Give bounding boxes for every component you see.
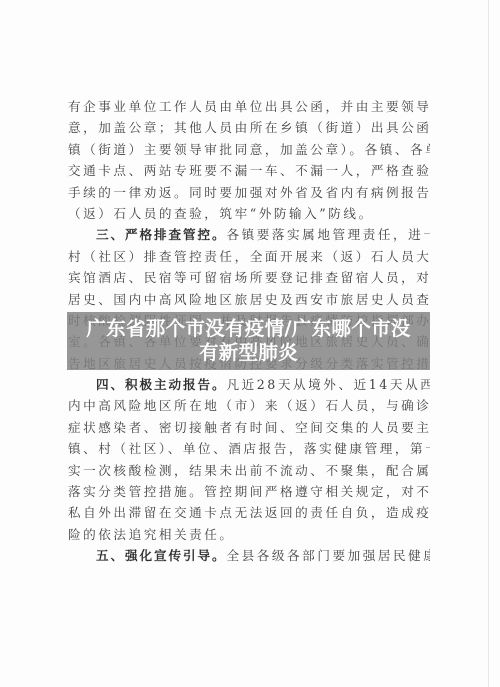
section-5-line: 五、强化宣传引导。全县各级各部门要加强居民健康教育宣 — [68, 545, 430, 566]
page-edge-divider — [488, 0, 489, 687]
paragraph-line: （返）石人员的查验，筑牢“外防输入”防线。 — [68, 203, 430, 224]
paragraph-line: 交通卡点、两站专班要不漏一车、不漏一人，严格查验，无审批 — [68, 160, 430, 181]
paragraph-line: 宾馆酒店、民宿等可留宿场所要登记排查留宿人员，对有外省旅 — [68, 267, 430, 288]
paragraph-line: 村（社区）排查管控责任，全面开展来（返）石人员大排查。各 — [68, 246, 430, 267]
section-4-heading: 四、积极主动报告。 — [96, 377, 226, 392]
section-5-text: 全县各级各部门要加强居民健康教育宣 — [226, 548, 430, 563]
paragraph-line: 私自外出滞留在交通卡点无法返回的责任自负，造成疫情传播风 — [68, 502, 430, 523]
section-4-text: 凡近28天从境外、近14天从西安及国 — [226, 377, 430, 392]
paragraph-line: 内中高风险地区所在地（市）来（返）石人员，与确诊病例、无 — [68, 395, 430, 416]
section-5-heading: 五、强化宣传引导。 — [96, 548, 226, 563]
paragraph-line: 落实分类管控措施。管控期间严格遵守相关规定，对不配合管控， — [68, 481, 430, 502]
paragraph-line: 意，加盖公章；其他人员由所在乡镇（街道）出具公函，并由乡 — [68, 117, 430, 138]
paragraph-line: 有企事业单位工作人员由单位出具公函，并由主要领导审批同 — [68, 96, 430, 117]
banner-title: 广东省那个市没有疫情/广东哪个市没有新型肺炎 — [79, 317, 419, 365]
document-page: 有企事业单位工作人员由单位出具公函，并由主要领导审批同 意，加盖公章；其他人员由… — [0, 0, 500, 687]
paragraph-line: 手续的一律劝返。同时要加强对外省及省内有病例报告地市来 — [68, 182, 430, 203]
section-3-line: 三、严格排查管控。各镇要落实属地管理责任，进一步夯实 — [68, 224, 430, 245]
section-4-line: 四、积极主动报告。凡近28天从境外、近14天从西安及国 — [68, 374, 430, 395]
paragraph-line: 险的依法追究相关责任。 — [68, 524, 430, 545]
paragraph-line: 镇、村（社区）、单位、酒店报告，落实健康管理，第一时间落 — [68, 438, 430, 459]
paragraph-line: 症状感染者、密切接触者有时间、空间交集的人员要主动向属地 — [68, 417, 430, 438]
paragraph-line: 实一次核酸检测，结果未出前不流动、不聚集，配合属地镇、村 — [68, 460, 430, 481]
section-3-text: 各镇要落实属地管理责任，进一步夯实 — [226, 227, 430, 242]
title-overlay-banner: 广东省那个市没有疫情/广东哪个市没有新型肺炎 — [67, 312, 430, 370]
paragraph-line: 镇（街道）主要领导审批同意，加盖公章）。各镇、各单位、各 — [68, 139, 430, 160]
section-3-heading: 三、严格排查管控。 — [96, 227, 226, 242]
paragraph-line: 居史、国内中高风险地区旅居史及西安市旅居史人员查验48小 — [68, 289, 430, 310]
